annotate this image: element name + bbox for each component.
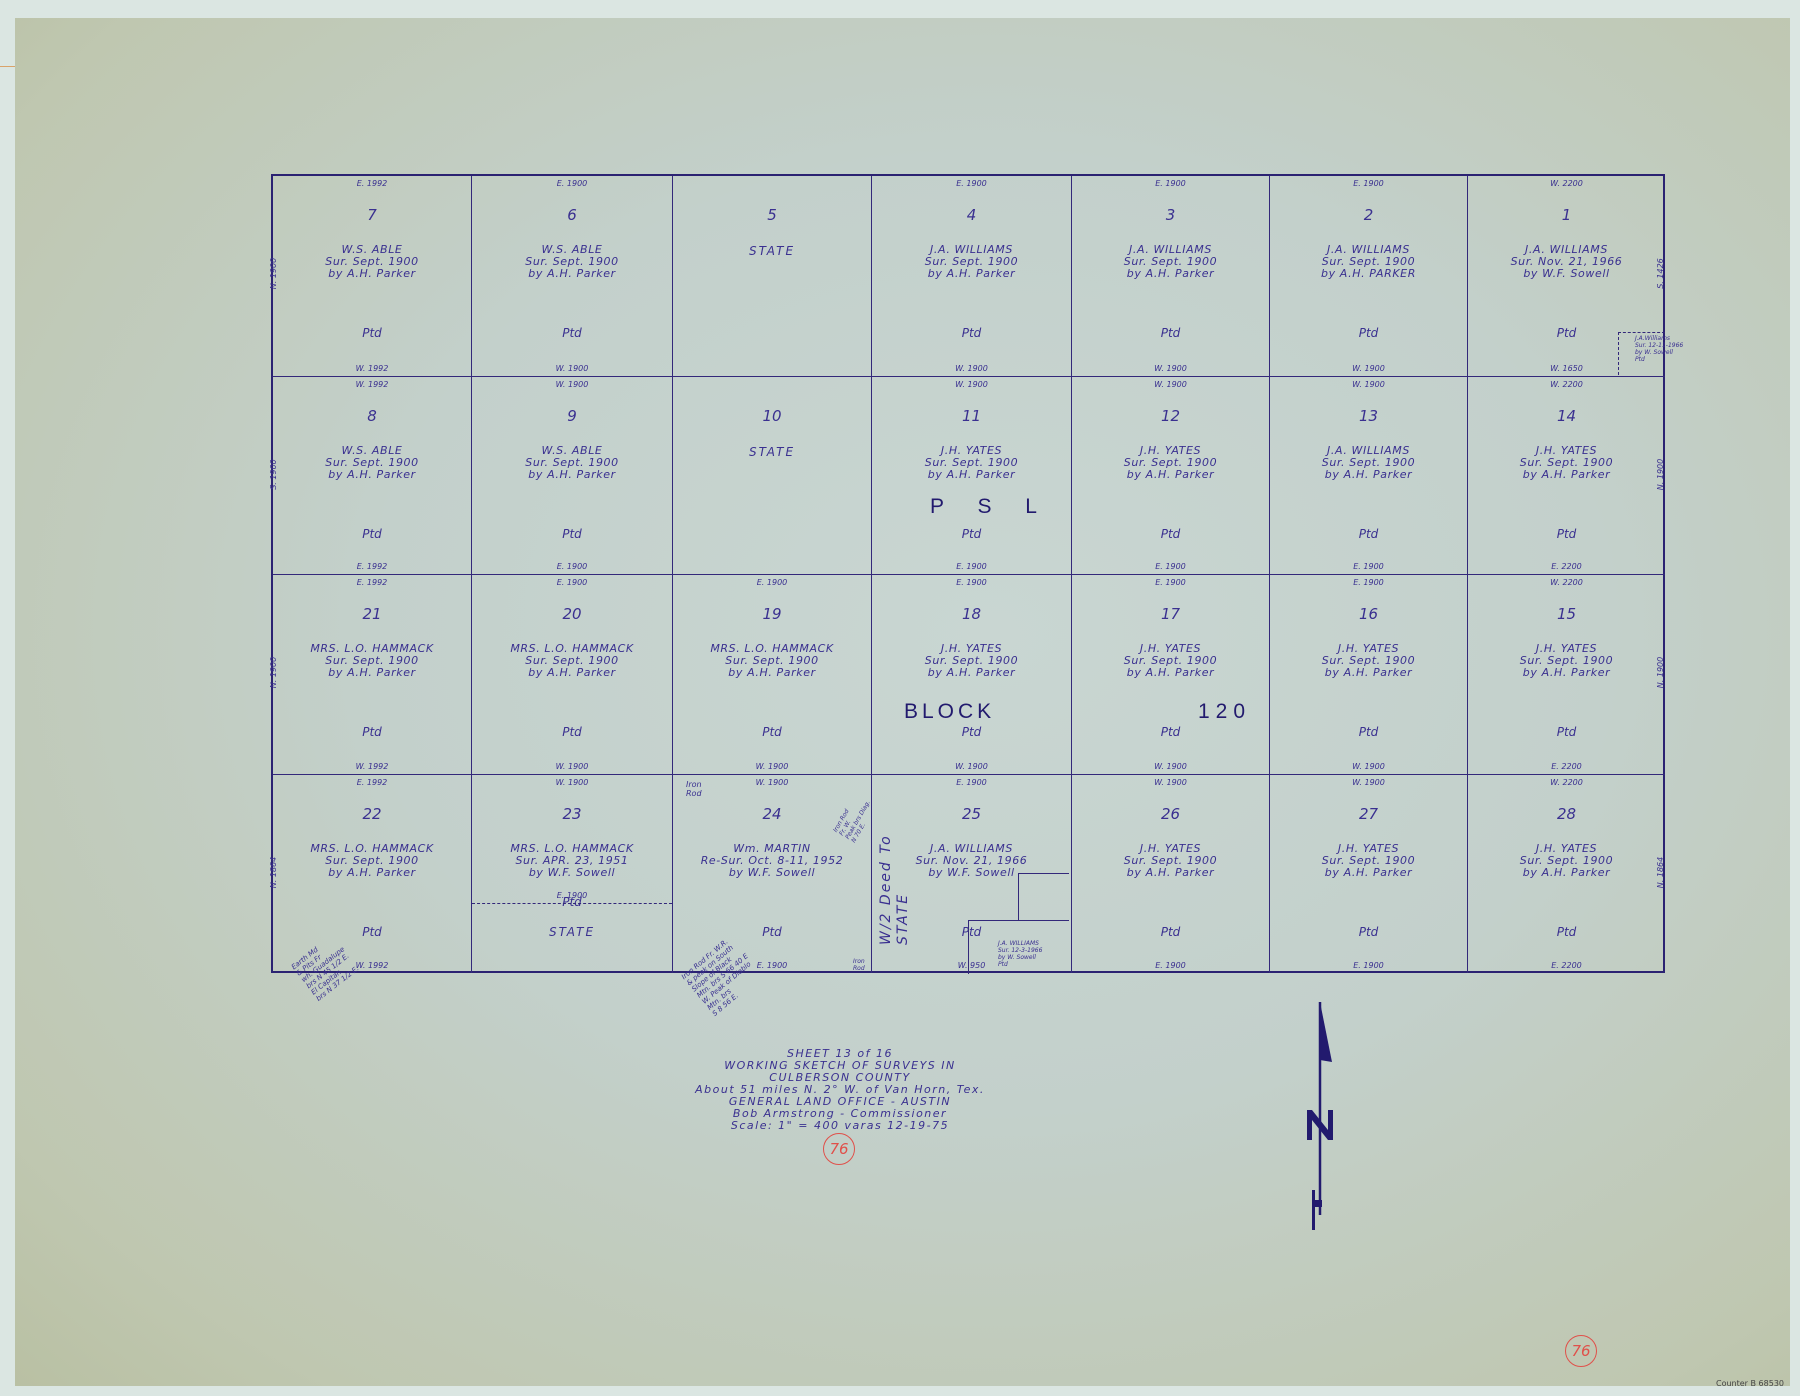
survey-section-20: E. 190020MRS. L.O. HAMMACKSur. Sept. 190… xyxy=(472,575,673,775)
section-owner: J.H. YATESSur. Sept. 1900by A.H. Parker xyxy=(1072,643,1269,679)
top-boundary-call: W. 1900 xyxy=(872,380,1071,389)
section-number: 7 xyxy=(273,206,471,224)
bottom-boundary-call: W. 1900 xyxy=(472,364,672,373)
survey-section-17: E. 190017J.H. YATESSur. Sept. 1900by A.H… xyxy=(1072,575,1270,775)
title-line: Scale: 1" = 400 varas 12-19-75 xyxy=(690,1120,990,1132)
owner-line: by A.H. Parker xyxy=(872,268,1071,280)
section-number: 22 xyxy=(273,805,471,823)
top-boundary-call: W. 1900 xyxy=(1270,380,1467,389)
survey-section-21: E. 199221MRS. L.O. HAMMACKSur. Sept. 190… xyxy=(273,575,472,775)
patented-label: Ptd xyxy=(673,725,871,739)
section-owner: J.H. YATESSur. Sept. 1900by A.H. Parker xyxy=(1072,843,1269,879)
section-number: 10 xyxy=(673,407,871,425)
bottom-boundary-call: W. 1900 xyxy=(1072,364,1269,373)
owner-line: by A.H. Parker xyxy=(1270,667,1467,679)
section-owner: W.S. ABLESur. Sept. 1900by A.H. Parker xyxy=(273,244,471,280)
top-boundary-call: E. 1900 xyxy=(1072,179,1269,188)
section-owner: MRS. L.O. HAMMACKSur. Sept. 1900by A.H. … xyxy=(673,643,871,679)
section-number: 8 xyxy=(273,407,471,425)
survey-section-9: W. 19009W.S. ABLESur. Sept. 1900by A.H. … xyxy=(472,377,673,575)
owner-line: by A.H. PARKER xyxy=(1270,268,1467,280)
survey-section-6: E. 19006W.S. ABLESur. Sept. 1900by A.H. … xyxy=(472,176,673,377)
survey-section-28: W. 220028J.H. YATESSur. Sept. 1900by A.H… xyxy=(1468,775,1665,973)
bottom-boundary-call: E. 1900 xyxy=(1072,961,1269,970)
bottom-boundary-call: W. 1992 xyxy=(273,364,471,373)
bottom-boundary-call: E. 2200 xyxy=(1468,562,1665,571)
patented-label: Ptd xyxy=(472,326,672,340)
top-boundary-call: W. 1900 xyxy=(472,778,672,787)
bottom-boundary-call: W. 1900 xyxy=(872,762,1071,771)
section-owner: J.A. WILLIAMSSur. Sept. 1900by A.H. PARK… xyxy=(1270,244,1467,280)
section-owner: J.H. YATESSur. Sept. 1900by A.H. Parker xyxy=(872,445,1071,481)
patented-label: Ptd xyxy=(472,725,672,739)
section-number: 1 xyxy=(1468,206,1665,224)
section-number: 25 xyxy=(872,805,1071,823)
section-owner: W.S. ABLESur. Sept. 1900by A.H. Parker xyxy=(472,244,672,280)
survey-section-18: E. 190018J.H. YATESSur. Sept. 1900by A.H… xyxy=(872,575,1072,775)
state-label: STATE xyxy=(472,925,672,939)
right-boundary-call: N. 1900 xyxy=(1656,459,1665,490)
section-number: 13 xyxy=(1270,407,1467,425)
top-boundary-call: E. 1992 xyxy=(273,778,471,787)
state-label: STATE xyxy=(673,445,871,459)
top-boundary-call: W. 1900 xyxy=(1270,778,1467,787)
patented-label: Ptd xyxy=(1468,725,1665,739)
bottom-boundary-call: W. 1900 xyxy=(872,364,1071,373)
section-owner: J.A. WILLIAMSSur. Sept. 1900by A.H. Park… xyxy=(1270,445,1467,481)
patented-label: Ptd xyxy=(273,925,471,939)
owner-line: by A.H. Parker xyxy=(1468,867,1665,879)
bottom-boundary-call: E. 1992 xyxy=(273,562,471,571)
top-boundary-call: W. 1900 xyxy=(472,380,672,389)
bottom-boundary-call: W. 1900 xyxy=(673,762,871,771)
block-label-psl: P S L xyxy=(930,495,1051,519)
block-label-block: BLOCK xyxy=(904,700,995,724)
left-boundary-call: N. 1864 xyxy=(269,857,278,888)
patented-label: Ptd xyxy=(1270,527,1467,541)
owner-line: by A.H. Parker xyxy=(273,469,471,481)
owner-line: by A.H. Parker xyxy=(273,867,471,879)
section-owner: MRS. L.O. HAMMACKSur. Sept. 1900by A.H. … xyxy=(273,643,471,679)
top-boundary-call: W. 2200 xyxy=(1468,179,1665,188)
bottom-boundary-call: E. 1900 xyxy=(472,562,672,571)
owner-line: by A.H. Parker xyxy=(872,469,1071,481)
survey-section-13: W. 190013J.A. WILLIAMSSur. Sept. 1900by … xyxy=(1270,377,1468,575)
top-boundary-call: W. 1900 xyxy=(673,778,871,787)
bottom-boundary-call: W. 1992 xyxy=(273,762,471,771)
owner-line: by A.H. Parker xyxy=(1468,667,1665,679)
top-boundary-call: W. 1900 xyxy=(1072,380,1269,389)
top-boundary-call: W. 2200 xyxy=(1468,578,1665,587)
owner-line: by A.H. Parker xyxy=(273,268,471,280)
survey-section-16: E. 190016J.H. YATESSur. Sept. 1900by A.H… xyxy=(1270,575,1468,775)
top-boundary-call: W. 2200 xyxy=(1468,380,1665,389)
patented-label: Ptd xyxy=(1072,925,1269,939)
right-boundary-call: N. 1900 xyxy=(1656,657,1665,688)
top-boundary-call: E. 1900 xyxy=(872,179,1071,188)
section-number: 12 xyxy=(1072,407,1269,425)
survey-section-8: W. 19928W.S. ABLESur. Sept. 1900by A.H. … xyxy=(273,377,472,575)
owner-line: by W.F. Sowell xyxy=(1468,268,1665,280)
top-boundary-call: E. 1900 xyxy=(472,578,672,587)
section-number: 16 xyxy=(1270,605,1467,623)
owner-line: by A.H. Parker xyxy=(872,667,1071,679)
owner-line: by A.H. Parker xyxy=(1468,469,1665,481)
survey-section-4: E. 19004J.A. WILLIAMSSur. Sept. 1900by A… xyxy=(872,176,1072,377)
section-number: 27 xyxy=(1270,805,1467,823)
section-owner: Wm. MARTINRe-Sur. Oct. 8-11, 1952by W.F.… xyxy=(673,843,871,879)
section-owner: J.H. YATESSur. Sept. 1900by A.H. Parker xyxy=(1468,445,1665,481)
section-owner: J.A. WILLIAMSSur. Sept. 1900by A.H. Park… xyxy=(872,244,1071,280)
top-boundary-call: W. 2200 xyxy=(1468,778,1665,787)
bottom-boundary-call: W. 1900 xyxy=(1270,762,1467,771)
section-owner: J.H. YATESSur. Sept. 1900by A.H. Parker xyxy=(1468,843,1665,879)
section-divider xyxy=(472,903,672,904)
left-boundary-call: N. 1900 xyxy=(269,657,278,688)
top-boundary-call: W. 1900 xyxy=(1072,778,1269,787)
survey-section-10: 10STATE xyxy=(673,377,872,575)
owner-line: by A.H. Parker xyxy=(1072,268,1269,280)
patented-label: Ptd xyxy=(1072,326,1269,340)
section-owner: J.H. YATESSur. Sept. 1900by A.H. Parker xyxy=(1270,643,1467,679)
section-number: 3 xyxy=(1072,206,1269,224)
section-number: 21 xyxy=(273,605,471,623)
section-number: 17 xyxy=(1072,605,1269,623)
sec24-iron-rod-bottom: Iron Rod xyxy=(853,958,865,972)
section-number: 28 xyxy=(1468,805,1665,823)
patented-label: Ptd xyxy=(1270,725,1467,739)
owner-line: by A.H. Parker xyxy=(273,667,471,679)
patented-label: Ptd xyxy=(1072,725,1269,739)
section-number: 4 xyxy=(872,206,1071,224)
section-owner: W.S. ABLESur. Sept. 1900by A.H. Parker xyxy=(472,445,672,481)
north-arrow-icon xyxy=(1290,1000,1360,1230)
title-block: SHEET 13 of 16 WORKING SKETCH OF SURVEYS… xyxy=(690,1048,990,1132)
county-number-stamp: 76 xyxy=(823,1133,855,1165)
left-boundary-call: S. 1900 xyxy=(269,459,278,490)
owner-line: by A.H. Parker xyxy=(472,469,672,481)
patented-label: Ptd xyxy=(872,725,1071,739)
owner-line: by A.H. Parker xyxy=(472,667,672,679)
patented-label: Ptd xyxy=(273,725,471,739)
survey-section-11: W. 190011J.H. YATESSur. Sept. 1900by A.H… xyxy=(872,377,1072,575)
survey-section-15: W. 220015J.H. YATESSur. Sept. 1900by A.H… xyxy=(1468,575,1665,775)
top-boundary-call: E. 1900 xyxy=(1270,578,1467,587)
patented-label: Ptd xyxy=(1270,925,1467,939)
patented-label: Ptd xyxy=(1468,925,1665,939)
section-number: 15 xyxy=(1468,605,1665,623)
survey-section-2: E. 19002J.A. WILLIAMSSur. Sept. 1900by A… xyxy=(1270,176,1468,377)
top-boundary-call: W. 1992 xyxy=(273,380,471,389)
counter-number: Counter B 68530 xyxy=(1716,1379,1784,1388)
patented-label: Ptd xyxy=(872,326,1071,340)
section-number: 2 xyxy=(1270,206,1467,224)
survey-section-22: E. 199222MRS. L.O. HAMMACKSur. Sept. 190… xyxy=(273,775,472,973)
owner-line: by A.H. Parker xyxy=(1270,867,1467,879)
patented-label: Ptd xyxy=(872,527,1071,541)
divider-call: E. 1900 xyxy=(472,891,672,900)
bottom-boundary-call: W. 1900 xyxy=(1270,364,1467,373)
survey-grid: E. 19927W.S. ABLESur. Sept. 1900by A.H. … xyxy=(271,174,1665,973)
top-boundary-call: E. 1900 xyxy=(673,578,871,587)
owner-line: by A.H. Parker xyxy=(1270,469,1467,481)
survey-section-24: W. 190024Wm. MARTINRe-Sur. Oct. 8-11, 19… xyxy=(673,775,872,973)
section-owner: J.A. WILLIAMSSur. Nov. 21, 1966by W.F. S… xyxy=(1468,244,1665,280)
survey-section-7: E. 19927W.S. ABLESur. Sept. 1900by A.H. … xyxy=(273,176,472,377)
sec25-inset-boundary-upper xyxy=(1018,873,1069,921)
section-owner: MRS. L.O. HAMMACKSur. Sept. 1900by A.H. … xyxy=(273,843,471,879)
survey-section-12: W. 190012J.H. YATESSur. Sept. 1900by A.H… xyxy=(1072,377,1270,575)
bottom-boundary-call: E. 1900 xyxy=(872,562,1071,571)
section-number: 20 xyxy=(472,605,672,623)
section-number: 18 xyxy=(872,605,1071,623)
survey-section-19: E. 190019MRS. L.O. HAMMACKSur. Sept. 190… xyxy=(673,575,872,775)
top-boundary-call: E. 1900 xyxy=(1072,578,1269,587)
owner-line: by A.H. Parker xyxy=(1072,667,1269,679)
survey-section-3: E. 19003J.A. WILLIAMSSur. Sept. 1900by A… xyxy=(1072,176,1270,377)
block-label-number: 120 xyxy=(1198,700,1251,724)
corner-number-stamp: 76 xyxy=(1565,1335,1597,1367)
section-owner: J.H. YATESSur. Sept. 1900by A.H. Parker xyxy=(872,643,1071,679)
bottom-boundary-call: E. 1900 xyxy=(1270,961,1467,970)
patented-label: Ptd xyxy=(273,326,471,340)
section-owner: W.S. ABLESur. Sept. 1900by A.H. Parker xyxy=(273,445,471,481)
top-boundary-call: E. 1900 xyxy=(872,578,1071,587)
bottom-boundary-call: E. 2200 xyxy=(1468,762,1665,771)
sec1-inset-boundary xyxy=(1618,332,1665,375)
patented-label: Ptd xyxy=(472,527,672,541)
section-owner: J.H. YATESSur. Sept. 1900by A.H. Parker xyxy=(1072,445,1269,481)
patented-label: Ptd xyxy=(1072,527,1269,541)
owner-line: by W.F. Sowell xyxy=(472,867,672,879)
top-boundary-call: E. 1900 xyxy=(472,179,672,188)
bottom-boundary-call: W. 1900 xyxy=(472,762,672,771)
edge-tick xyxy=(0,66,15,67)
section-owner: J.A. WILLIAMSSur. Sept. 1900by A.H. Park… xyxy=(1072,244,1269,280)
right-boundary-call: S. 1426 xyxy=(1656,258,1665,289)
survey-section-14: W. 220014J.H. YATESSur. Sept. 1900by A.H… xyxy=(1468,377,1665,575)
bottom-boundary-call: E. 1900 xyxy=(1270,562,1467,571)
top-boundary-call: E. 1900 xyxy=(872,778,1071,787)
bottom-boundary-call: W. 1900 xyxy=(1072,762,1269,771)
survey-section-27: W. 190027J.H. YATESSur. Sept. 1900by A.H… xyxy=(1270,775,1468,973)
section-owner: J.H. YATESSur. Sept. 1900by A.H. Parker xyxy=(1270,843,1467,879)
sec25-inset-boundary-lower xyxy=(968,920,1069,974)
patented-label: Ptd xyxy=(1270,326,1467,340)
section-owner: MRS. L.O. HAMMACKSur. Sept. 1900by A.H. … xyxy=(472,643,672,679)
top-boundary-call: E. 1992 xyxy=(273,179,471,188)
survey-section-26: W. 190026J.H. YATESSur. Sept. 1900by A.H… xyxy=(1072,775,1270,973)
owner-line: by A.H. Parker xyxy=(1072,867,1269,879)
owner-line: by A.H. Parker xyxy=(673,667,871,679)
survey-section-23: W. 190023MRS. L.O. HAMMACKSur. APR. 23, … xyxy=(472,775,673,973)
top-boundary-call: E. 1992 xyxy=(273,578,471,587)
sec25-deed-note: W/2 Deed To STATE xyxy=(878,834,912,945)
owner-line: by A.H. Parker xyxy=(1072,469,1269,481)
section-number: 9 xyxy=(472,407,672,425)
owner-line: by W.F. Sowell xyxy=(673,867,871,879)
section-number: 19 xyxy=(673,605,871,623)
right-boundary-call: N. 1864 xyxy=(1656,857,1665,888)
patented-label: Ptd xyxy=(673,925,871,939)
bottom-boundary-call: E. 1900 xyxy=(1072,562,1269,571)
left-boundary-call: N. 1900 xyxy=(269,258,278,289)
patented-label: Ptd xyxy=(273,527,471,541)
section-owner: J.H. YATESSur. Sept. 1900by A.H. Parker xyxy=(1468,643,1665,679)
sec24-iron-rod-top: Iron Rod xyxy=(686,780,702,798)
patented-label: Ptd xyxy=(1468,527,1665,541)
section-number: 6 xyxy=(472,206,672,224)
section-number: 5 xyxy=(673,206,871,224)
bottom-boundary-call: E. 2200 xyxy=(1468,961,1665,970)
state-label: STATE xyxy=(673,244,871,258)
owner-line: by A.H. Parker xyxy=(472,268,672,280)
section-number: 14 xyxy=(1468,407,1665,425)
section-number: 26 xyxy=(1072,805,1269,823)
section-number: 23 xyxy=(472,805,672,823)
section-owner: MRS. L.O. HAMMACKSur. APR. 23, 1951by W.… xyxy=(472,843,672,879)
section-number: 11 xyxy=(872,407,1071,425)
top-boundary-call: E. 1900 xyxy=(1270,179,1467,188)
survey-section-5: 5STATE xyxy=(673,176,872,377)
